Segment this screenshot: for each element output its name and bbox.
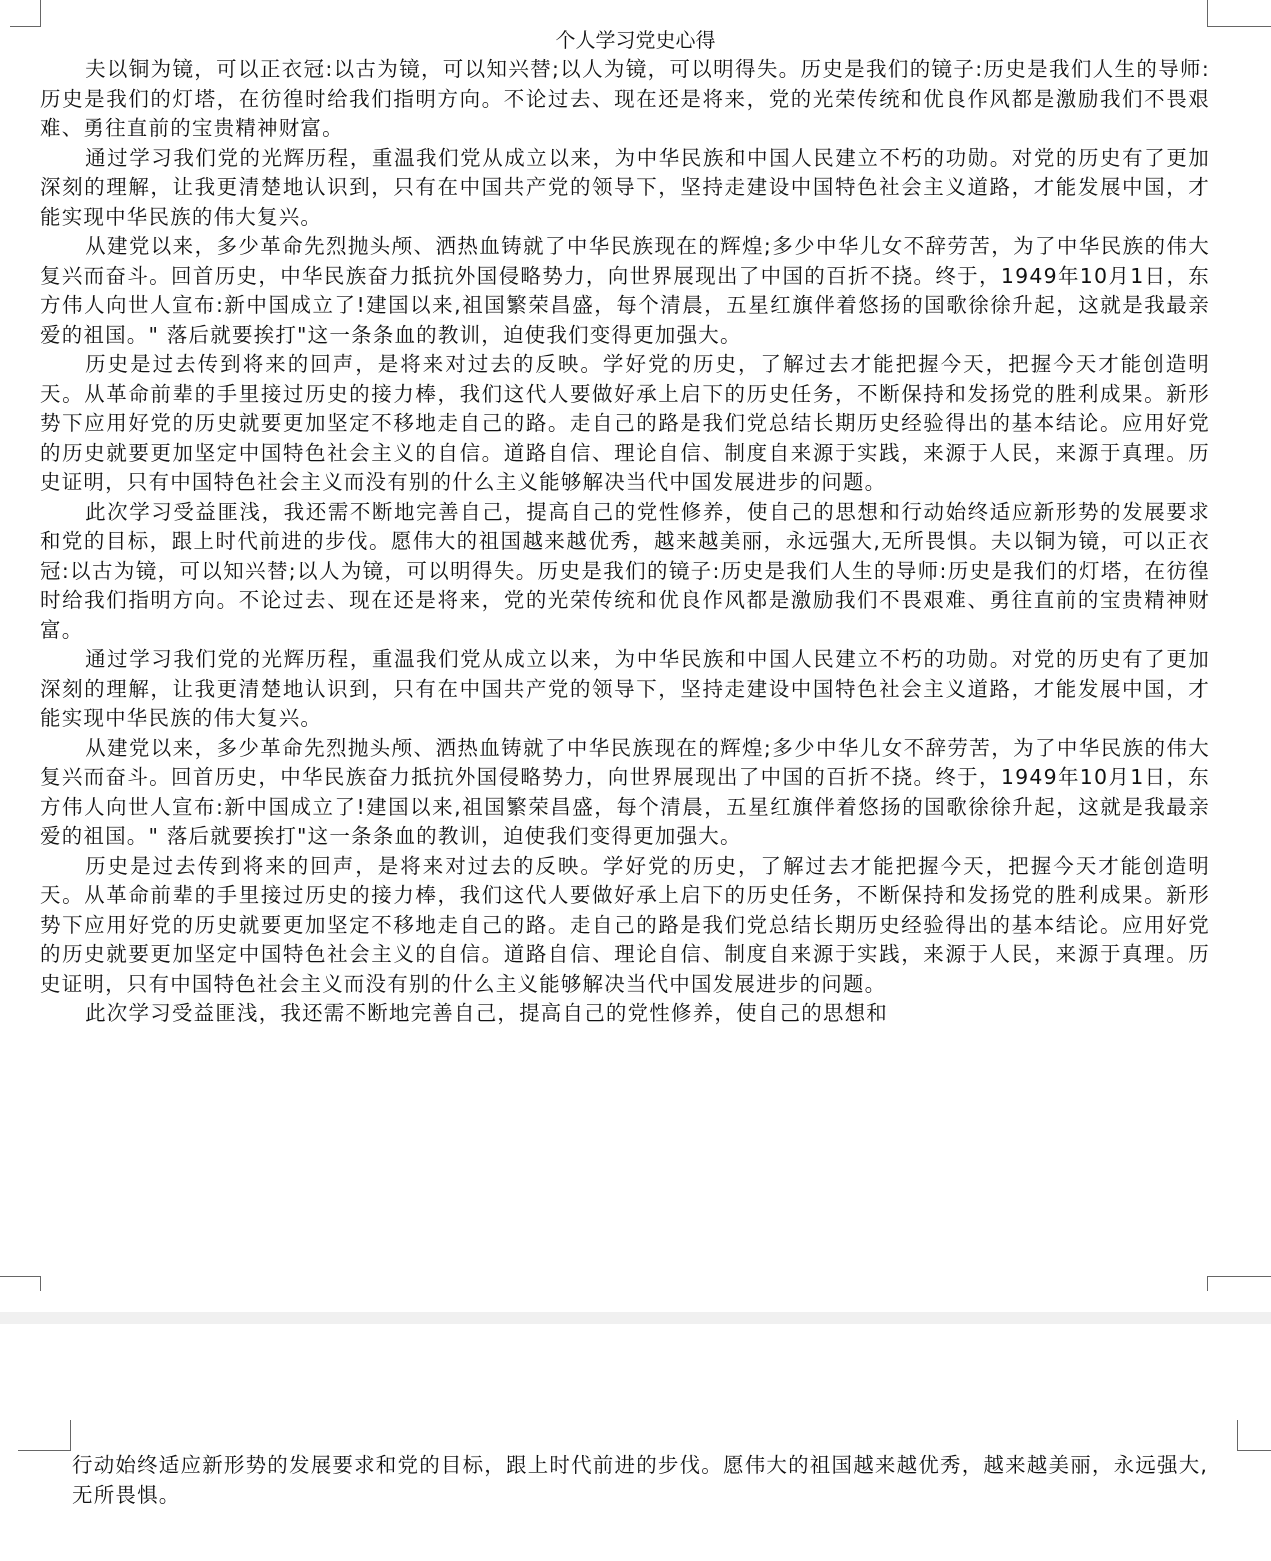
margin-corner-bottom-left bbox=[0, 1276, 41, 1291]
paragraph: 此次学习受益匪浅，我还需不断地完善自己，提高自己的党性修养，使自己的思想和 bbox=[40, 999, 1210, 1029]
paragraph: 历史是过去传到将来的回声，是将来对过去的反映。学好党的历史，了解过去才能把握今天… bbox=[40, 852, 1210, 1000]
document-page-1: 个人学习党史心得 夫以铜为镜，可以正衣冠:以古为镜，可以知兴替;以人为镜，可以明… bbox=[0, 0, 1271, 1312]
paragraph: 行动始终适应新形势的发展要求和党的目标，跟上时代前进的步伐。愿伟大的祖国越来越优… bbox=[72, 1451, 1222, 1510]
paragraph: 通过学习我们党的光辉历程，重温我们党从成立以来，为中华民族和中国人民建立不朽的功… bbox=[40, 645, 1210, 734]
document-body-continued: 行动始终适应新形势的发展要求和党的目标，跟上时代前进的步伐。愿伟大的祖国越来越优… bbox=[72, 1451, 1222, 1510]
margin-corner-bottom-right bbox=[1207, 1276, 1271, 1291]
document-title: 个人学习党史心得 bbox=[0, 27, 1271, 53]
paragraph: 从建党以来，多少革命先烈抛头颅、洒热血铸就了中华民族现在的辉煌;多少中华儿女不辞… bbox=[40, 734, 1210, 852]
margin-corner-top-left bbox=[10, 0, 41, 27]
margin-corner-top-left bbox=[18, 1420, 71, 1451]
paragraph: 夫以铜为镜，可以正衣冠:以古为镜，可以知兴替;以人为镜，可以明得失。历史是我们的… bbox=[40, 55, 1210, 144]
page-separator bbox=[0, 1312, 1271, 1324]
paragraph: 历史是过去传到将来的回声，是将来对过去的反映。学好党的历史，了解过去才能把握今天… bbox=[40, 350, 1210, 498]
document-body: 夫以铜为镜，可以正衣冠:以古为镜，可以知兴替;以人为镜，可以明得失。历史是我们的… bbox=[40, 55, 1210, 1029]
paragraph: 从建党以来，多少革命先烈抛头颅、洒热血铸就了中华民族现在的辉煌;多少中华儿女不辞… bbox=[40, 232, 1210, 350]
margin-corner-top-right bbox=[1207, 0, 1271, 27]
paragraph: 此次学习受益匪浅，我还需不断地完善自己，提高自己的党性修养，使自己的思想和行动始… bbox=[40, 498, 1210, 646]
margin-corner-top-right bbox=[1237, 1420, 1271, 1451]
paragraph: 通过学习我们党的光辉历程，重温我们党从成立以来，为中华民族和中国人民建立不朽的功… bbox=[40, 144, 1210, 233]
document-page-2: 行动始终适应新形势的发展要求和党的目标，跟上时代前进的步伐。愿伟大的祖国越来越优… bbox=[0, 1324, 1271, 1561]
